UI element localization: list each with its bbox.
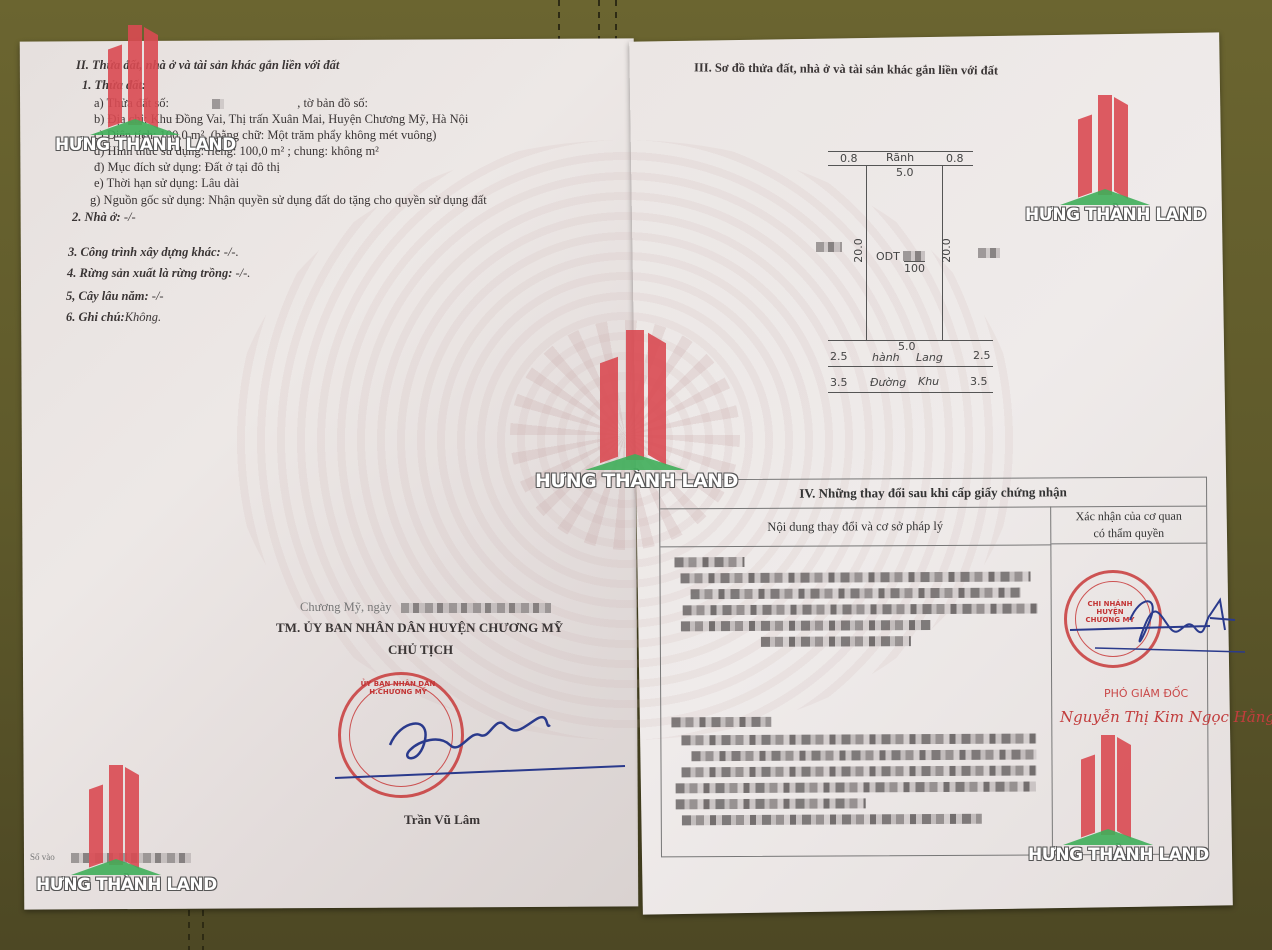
diagram-left-length: 20.0 [852, 238, 865, 263]
section-3-title: III. Sơ đồ thửa đất, nhà ở và tài sản kh… [694, 60, 998, 78]
item-5-row: 5, Cây lâu năm: -/- [66, 289, 164, 304]
parcel-diagram: 0.8 Rãnh 0.8 5.0 20.0 20.0 ODT 100 5.0 2… [828, 148, 998, 398]
diagram-top-left: 0.8 [840, 152, 858, 165]
confirmation-header-line2: có thẩm quyền [1051, 525, 1206, 543]
term-row: e) Thời hạn sử dụng: Lâu dài [94, 176, 239, 191]
section-4-title: IV. Những thay đổi sau khi cấp giấy chứn… [660, 478, 1206, 510]
item-1-title: 1. Thửa đất: [82, 78, 146, 93]
deputy-director-title: PHÓ GIÁM ĐỐC [1104, 687, 1188, 700]
diagram-row2-label-b: Khu [918, 375, 939, 388]
purpose-row: đ) Mục đích sử dụng: Đất ở tại đô thị [94, 160, 280, 175]
changes-column-header: Nội dung thay đổi và cơ sở pháp lý [660, 506, 1051, 547]
book-entry-label: Số vào [30, 852, 55, 862]
redacted-line [761, 636, 911, 647]
parcel-number-label: a) Thửa đất số: [94, 96, 169, 110]
book-entry-row: Số vào [30, 852, 191, 863]
redacted-line [682, 765, 1037, 777]
background-stitch [615, 0, 617, 40]
item-2-row: 2. Nhà ở: -/- [72, 210, 136, 225]
redacted-line [691, 588, 1021, 600]
diagram-right-length: 20.0 [940, 238, 953, 263]
diagram-row1-label-b: Lang [916, 351, 943, 364]
diagram-top-width: 5.0 [896, 166, 914, 179]
deputy-director-signature [1060, 590, 1250, 670]
map-sheet-label: , tờ bản đồ số: [297, 96, 368, 110]
section-2-title: II. Thửa đất, nhà ở và tài sản khác gắn … [76, 58, 339, 73]
parcel-number-row: a) Thửa đất số: , tờ bản đồ số: [94, 96, 368, 111]
redacted-line [671, 717, 771, 728]
redacted-line [681, 620, 931, 631]
item-2-value: -/- [121, 210, 136, 224]
authority-title: TM. ỦY BAN NHÂN DÂN HUYỆN CHƯƠNG MỸ [276, 620, 563, 636]
place-date-row: Chương Mỹ, ngày [300, 600, 551, 615]
diagram-top-label: Rãnh [886, 151, 914, 164]
redacted-date [401, 603, 551, 613]
confirmation-column-header: Xác nhận của cơ quan có thẩm quyền [1051, 506, 1206, 545]
redacted-parcel-id [903, 251, 925, 261]
place-date-label: Chương Mỹ, ngày [300, 600, 392, 614]
deputy-director-name: Nguyễn Thị Kim Ngọc Hằng [1060, 708, 1272, 726]
stamp-inscription: ỦY BAN NHÂN DÂN H.CHƯƠNG MỸ [350, 680, 446, 696]
diagram-area: 100 [904, 261, 925, 275]
diagram-bottom-width: 5.0 [898, 340, 916, 353]
item-2-label: 2. Nhà ở: [72, 210, 121, 224]
authority-position: CHỦ TỊCH [388, 642, 453, 658]
address-row: b) Địa chỉ: Khu Đồng Vai, Thị trấn Xuân … [94, 112, 468, 127]
background-stitch [202, 910, 204, 950]
item-6-label: 6. Ghi chú: [66, 310, 125, 324]
redacted-line [691, 749, 1036, 761]
item-5-label: 5, Cây lâu năm: [66, 289, 149, 303]
item-4-label: 4. Rừng sản xuất là rừng trồng: [67, 266, 232, 280]
item-4-value: -/-. [232, 266, 250, 280]
usage-form-row: d) Hình thức sử dụng: riêng: 100,0 m² ; … [94, 144, 379, 159]
redacted-line [676, 781, 1036, 793]
area-row: c) Diện tích: 100,0 m², (bằng chữ: Một t… [94, 128, 436, 143]
item-6-value: Không. [125, 310, 161, 324]
background-stitch [188, 910, 190, 950]
diagram-row1-label-a: hành [872, 351, 900, 364]
origin-row: g) Nguồn gốc sử dụng: Nhận quyền sử dụng… [90, 193, 487, 208]
changes-content-cell [660, 545, 1053, 856]
item-6-row: 6. Ghi chú:Không. [66, 310, 161, 325]
diagram-row2-right: 3.5 [970, 375, 988, 388]
item-4-row: 4. Rừng sản xuất là rừng trồng: -/-. [67, 266, 250, 281]
confirmation-header-line1: Xác nhận của cơ quan [1051, 508, 1206, 526]
item-3-value: -/-. [221, 245, 239, 259]
redacted-line [683, 603, 1038, 615]
chairman-signature [330, 700, 630, 790]
redacted-line [681, 571, 1031, 583]
item-3-label: 3. Công trình xây dựng khác: [68, 245, 221, 259]
redacted-line [674, 557, 744, 567]
redacted-parcel-number [212, 99, 224, 109]
redacted-line [682, 814, 982, 826]
item-5-value: -/- [149, 289, 164, 303]
chairman-name: Trần Vũ Lâm [404, 812, 480, 828]
diagram-land-code: ODT [876, 250, 900, 263]
item-3-row: 3. Công trình xây dựng khác: -/-. [68, 245, 239, 260]
redacted-line [676, 798, 866, 809]
diagram-row1-left: 2.5 [830, 350, 848, 363]
diagram-top-right: 0.8 [946, 152, 964, 165]
diagram-row2-left: 3.5 [830, 376, 848, 389]
background-stitch [558, 0, 560, 40]
diagram-row1-right: 2.5 [973, 349, 991, 362]
diagram-row2-label-a: Đường [870, 376, 906, 389]
background-stitch [598, 0, 600, 40]
redacted-book-entry [71, 853, 191, 863]
redacted-right-neighbor [978, 248, 1000, 258]
redacted-line [681, 733, 1036, 745]
redacted-left-neighbor [816, 242, 842, 252]
